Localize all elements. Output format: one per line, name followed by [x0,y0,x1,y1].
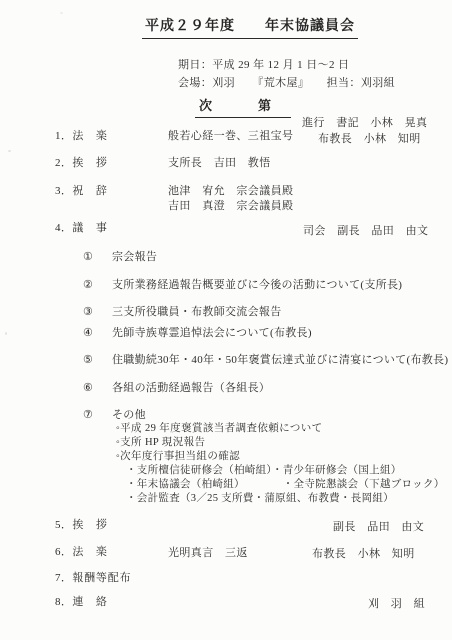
item-4-label: 議 事 [72,222,107,234]
item-1-label: 法 楽 [72,130,107,142]
item-6-label: 法 楽 [72,546,107,558]
meta-date-line: 期日：平成 29 年 12 月 1 日～2 日 [178,56,349,72]
agenda-item-8: 8．連 絡 [55,593,108,609]
item-6-right-note: 布教長 小林 知明 [312,545,415,561]
agenda-item-2: 2．挨 拶 [55,154,108,170]
assignment-line-3: ・会計監査（3／25 支所費・蒲原組、布教費・長岡組） [126,490,394,505]
item-8-right-note: 刈 羽 組 [368,595,425,611]
circled-number-4: ④ [83,326,96,339]
proceeding-1: ①宗会報告 [83,248,157,264]
facilitator-line-1: 進行 書記 小林 晃真 [302,114,427,130]
circled-number-6: ⑥ [83,381,96,394]
assignment-line-1: ・支所檀信徒研修会（柏崎組）・青少年研修会（国上組） [126,462,402,477]
agenda-heading-right-char: 第 [258,95,271,114]
item-4-right-note: 司会 副長 品田 由文 [303,222,428,238]
circled-number-2: ② [83,278,96,291]
proceeding-2-text: 支所業務経過報告概要並びに今後の活動について(支所長) [112,279,402,291]
item-7-number: 7． [55,572,72,584]
item-5-label: 挨 拶 [72,519,107,531]
item-3-label: 祝 辞 [72,185,107,197]
item-5-right-note: 副長 品田 由文 [333,518,424,534]
circled-number-5: ⑤ [83,353,96,366]
agenda-heading-left-char: 次 [199,95,212,114]
facilitator-line-2: 布教長 小林 知明 [318,130,421,146]
agenda-item-1: 1．法 楽 [55,127,108,143]
proceeding-3-text: 三支所役職員・布教師交流会報告 [112,306,282,318]
agenda-heading: 次 第 [195,95,291,118]
item-2-number: 2． [55,157,72,169]
agenda-item-6: 6．法 楽 [55,543,108,559]
proceeding-4: ④先師寺族尊霊追悼法会について(布教長) [83,324,312,340]
other-note-3: ◦次年度行事担当組の確認 [116,448,240,463]
agenda-item-5: 5．挨 拶 [55,516,108,532]
scan-speck [60,12,63,14]
item-6-number: 6． [55,546,72,558]
item-6-content: 光明真言 三返 [168,544,248,560]
circled-number-3: ③ [83,305,96,318]
proceeding-6-text: 各組の活動経過報告（各組長） [112,382,270,394]
proceeding-5: ⑤住職勤続30年・40年・50年褒賞伝達式並びに清宴について(布教長) [83,351,448,367]
proceeding-4-text: 先師寺族尊霊追悼法会について(布教長) [112,327,312,339]
item-5-number: 5． [55,519,72,531]
item-4-number: 4． [55,222,72,234]
item-1-content: 般若心経一巻、三祖宝号 [168,127,293,143]
proceeding-6: ⑥各組の活動経過報告（各組長） [83,379,270,395]
other-note-1: ◦平成 29 年度褒賞該当者調査依頼について [116,420,323,435]
assignment-line-2: ・年末協議会（柏崎組） ・全寺院懇談会（下越ブロック） [126,476,445,491]
item-7-label: 報酬等配布 [72,572,131,584]
document-title: 平成２９年度 年末協議員会 [142,15,358,39]
document-title-wrap: 平成２９年度 年末協議員会 [48,15,452,39]
item-3-content-1: 池津 宥允 宗会議員殿 [168,182,293,198]
item-8-label: 連 絡 [72,596,107,608]
item-3-content-2: 吉田 真澄 宗会議員殿 [168,197,293,213]
item-2-label: 挨 拶 [72,157,107,169]
scan-speck [5,332,7,335]
circled-number-1: ① [83,250,96,263]
proceeding-2: ②支所業務経過報告概要並びに今後の活動について(支所長) [83,276,402,292]
proceeding-1-text: 宗会報告 [112,251,157,263]
agenda-item-3: 3．祝 辞 [55,182,108,198]
agenda-item-4: 4．議 事 [55,219,108,235]
meta-venue-line: 会場：刈羽 『荒木屋』 担当：刈羽組 [178,74,395,90]
item-2-content: 支所長 吉田 教悟 [168,154,271,170]
agenda-item-7: 7．報酬等配布 [55,569,131,585]
proceeding-3: ③三支所役職員・布教師交流会報告 [83,303,282,319]
item-3-number: 3． [55,185,72,197]
scanned-agenda-page: 平成２９年度 年末協議員会 期日：平成 29 年 12 月 1 日～2 日 会場… [0,0,452,640]
other-note-2: ◦支所 HP 現況報告 [116,434,205,449]
item-8-number: 8． [55,596,72,608]
scan-speck [8,150,11,152]
item-1-number: 1． [55,130,72,142]
proceeding-5-text: 住職勤続30年・40年・50年褒賞伝達式並びに清宴について(布教長) [112,354,448,366]
circled-number-7: ⑦ [83,408,96,421]
